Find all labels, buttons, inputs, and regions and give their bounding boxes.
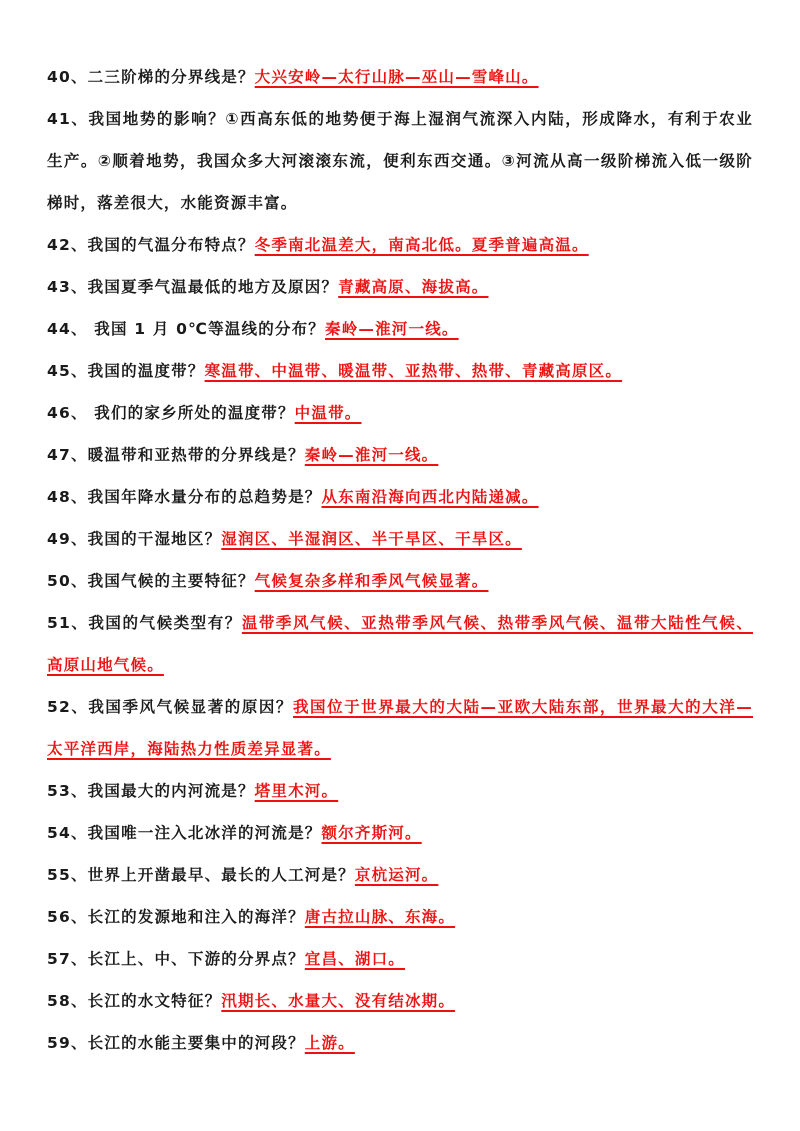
- answer-text: 湿润区、半湿润区、半干旱区、干旱区。: [221, 530, 522, 548]
- question-text: 46、 我们的家乡所处的温度带？: [47, 404, 295, 422]
- qa-item-54: 54、我国唯一注入北冰洋的河流是？额尔齐斯河。: [47, 812, 753, 854]
- qa-item-48: 48、我国年降水量分布的总趋势是？从东南沿海向西北内陆递减。: [47, 476, 753, 518]
- question-text: 56、长江的发源地和注入的海洋？: [47, 908, 305, 926]
- answer-text: 额尔齐斯河。: [321, 824, 421, 842]
- answer-text: 京杭运河。: [355, 866, 439, 884]
- question-text: 53、我国最大的内河流是？: [47, 782, 255, 800]
- qa-item-42: 42、我国的气温分布特点？冬季南北温差大，南高北低。夏季普遍高温。: [47, 224, 753, 266]
- answer-text: 秦岭—淮河一线。: [305, 446, 439, 464]
- qa-item-50: 50、我国气候的主要特征？气候复杂多样和季风气候显著。: [47, 560, 753, 602]
- question-text: 55、世界上开凿最早、最长的人工河是？: [47, 866, 355, 884]
- qa-item-58: 58、长江的水文特征？汛期长、水量大、没有结冰期。: [47, 980, 753, 1022]
- qa-item-55: 55、世界上开凿最早、最长的人工河是？京杭运河。: [47, 854, 753, 896]
- answer-text: 青藏高原、海拔高。: [338, 278, 488, 296]
- question-text: 43、我国夏季气温最低的地方及原因？: [47, 278, 338, 296]
- question-text: 50、我国气候的主要特征？: [47, 572, 255, 590]
- qa-item-52: 52、我国季风气候显著的原因？我国位于世界最大的大陆—亚欧大陆东部，世界最大的大…: [47, 686, 753, 770]
- qa-item-49: 49、我国的干湿地区？湿润区、半湿润区、半干旱区、干旱区。: [47, 518, 753, 560]
- qa-item-56: 56、长江的发源地和注入的海洋？唐古拉山脉、东海。: [47, 896, 753, 938]
- qa-item-44: 44、 我国 1 月 0℃等温线的分布？秦岭—淮河一线。: [47, 308, 753, 350]
- question-text: 40、二三阶梯的分界线是？: [47, 68, 255, 86]
- answer-text: 气候复杂多样和季风气候显著。: [255, 572, 489, 590]
- question-text: 54、我国唯一注入北冰洋的河流是？: [47, 824, 321, 842]
- qa-item-59: 59、长江的水能主要集中的河段？上游。: [47, 1022, 753, 1064]
- answer-text: 从东南沿海向西北内陆递减。: [321, 488, 538, 506]
- question-text: 49、我国的干湿地区？: [47, 530, 221, 548]
- qa-item-47: 47、暖温带和亚热带的分界线是？秦岭—淮河一线。: [47, 434, 753, 476]
- qa-item-43: 43、我国夏季气温最低的地方及原因？青藏高原、海拔高。: [47, 266, 753, 308]
- question-text: 58、长江的水文特征？: [47, 992, 221, 1010]
- question-text: 42、我国的气温分布特点？: [47, 236, 255, 254]
- question-text: 51、我国的气候类型有？: [47, 614, 242, 632]
- qa-item-40: 40、二三阶梯的分界线是？大兴安岭—太行山脉—巫山—雪峰山。: [47, 56, 753, 98]
- question-text: 48、我国年降水量分布的总趋势是？: [47, 488, 321, 506]
- answer-text: 塔里木河。: [255, 782, 339, 800]
- question-text: 41、我国地势的影响？①西高东低的地势便于海上湿润气流深入内陆，形成降水，有利于…: [47, 110, 753, 212]
- question-text: 52、我国季风气候显著的原因？: [47, 698, 293, 716]
- answer-text: 宜昌、湖口。: [305, 950, 405, 968]
- answer-text: 寒温带、中温带、暖温带、亚热带、热带、青藏高原区。: [205, 362, 623, 380]
- answer-text: 汛期长、水量大、没有结冰期。: [221, 992, 455, 1010]
- qa-item-41: 41、我国地势的影响？①西高东低的地势便于海上湿润气流深入内陆，形成降水，有利于…: [47, 98, 753, 224]
- question-text: 44、 我国 1 月 0℃等温线的分布？: [47, 320, 325, 338]
- qa-item-53: 53、我国最大的内河流是？塔里木河。: [47, 770, 753, 812]
- qa-item-46: 46、 我们的家乡所处的温度带？中温带。: [47, 392, 753, 434]
- question-text: 57、长江上、中、下游的分界点？: [47, 950, 305, 968]
- answer-text: 大兴安岭—太行山脉—巫山—雪峰山。: [255, 68, 539, 86]
- answer-text: 唐古拉山脉、东海。: [305, 908, 455, 926]
- qa-item-51: 51、我国的气候类型有？温带季风气候、亚热带季风气候、热带季风气候、温带大陆性气…: [47, 602, 753, 686]
- answer-text: 上游。: [305, 1034, 355, 1052]
- qa-item-45: 45、我国的温度带？寒温带、中温带、暖温带、亚热带、热带、青藏高原区。: [47, 350, 753, 392]
- document-page: 40、二三阶梯的分界线是？大兴安岭—太行山脉—巫山—雪峰山。 41、我国地势的影…: [47, 56, 753, 1064]
- question-text: 45、我国的温度带？: [47, 362, 205, 380]
- answer-text: 中温带。: [295, 404, 362, 422]
- question-text: 47、暖温带和亚热带的分界线是？: [47, 446, 305, 464]
- qa-item-57: 57、长江上、中、下游的分界点？宜昌、湖口。: [47, 938, 753, 980]
- question-text: 59、长江的水能主要集中的河段？: [47, 1034, 305, 1052]
- answer-text: 秦岭—淮河一线。: [325, 320, 459, 338]
- answer-text: 冬季南北温差大，南高北低。夏季普遍高温。: [255, 236, 589, 254]
